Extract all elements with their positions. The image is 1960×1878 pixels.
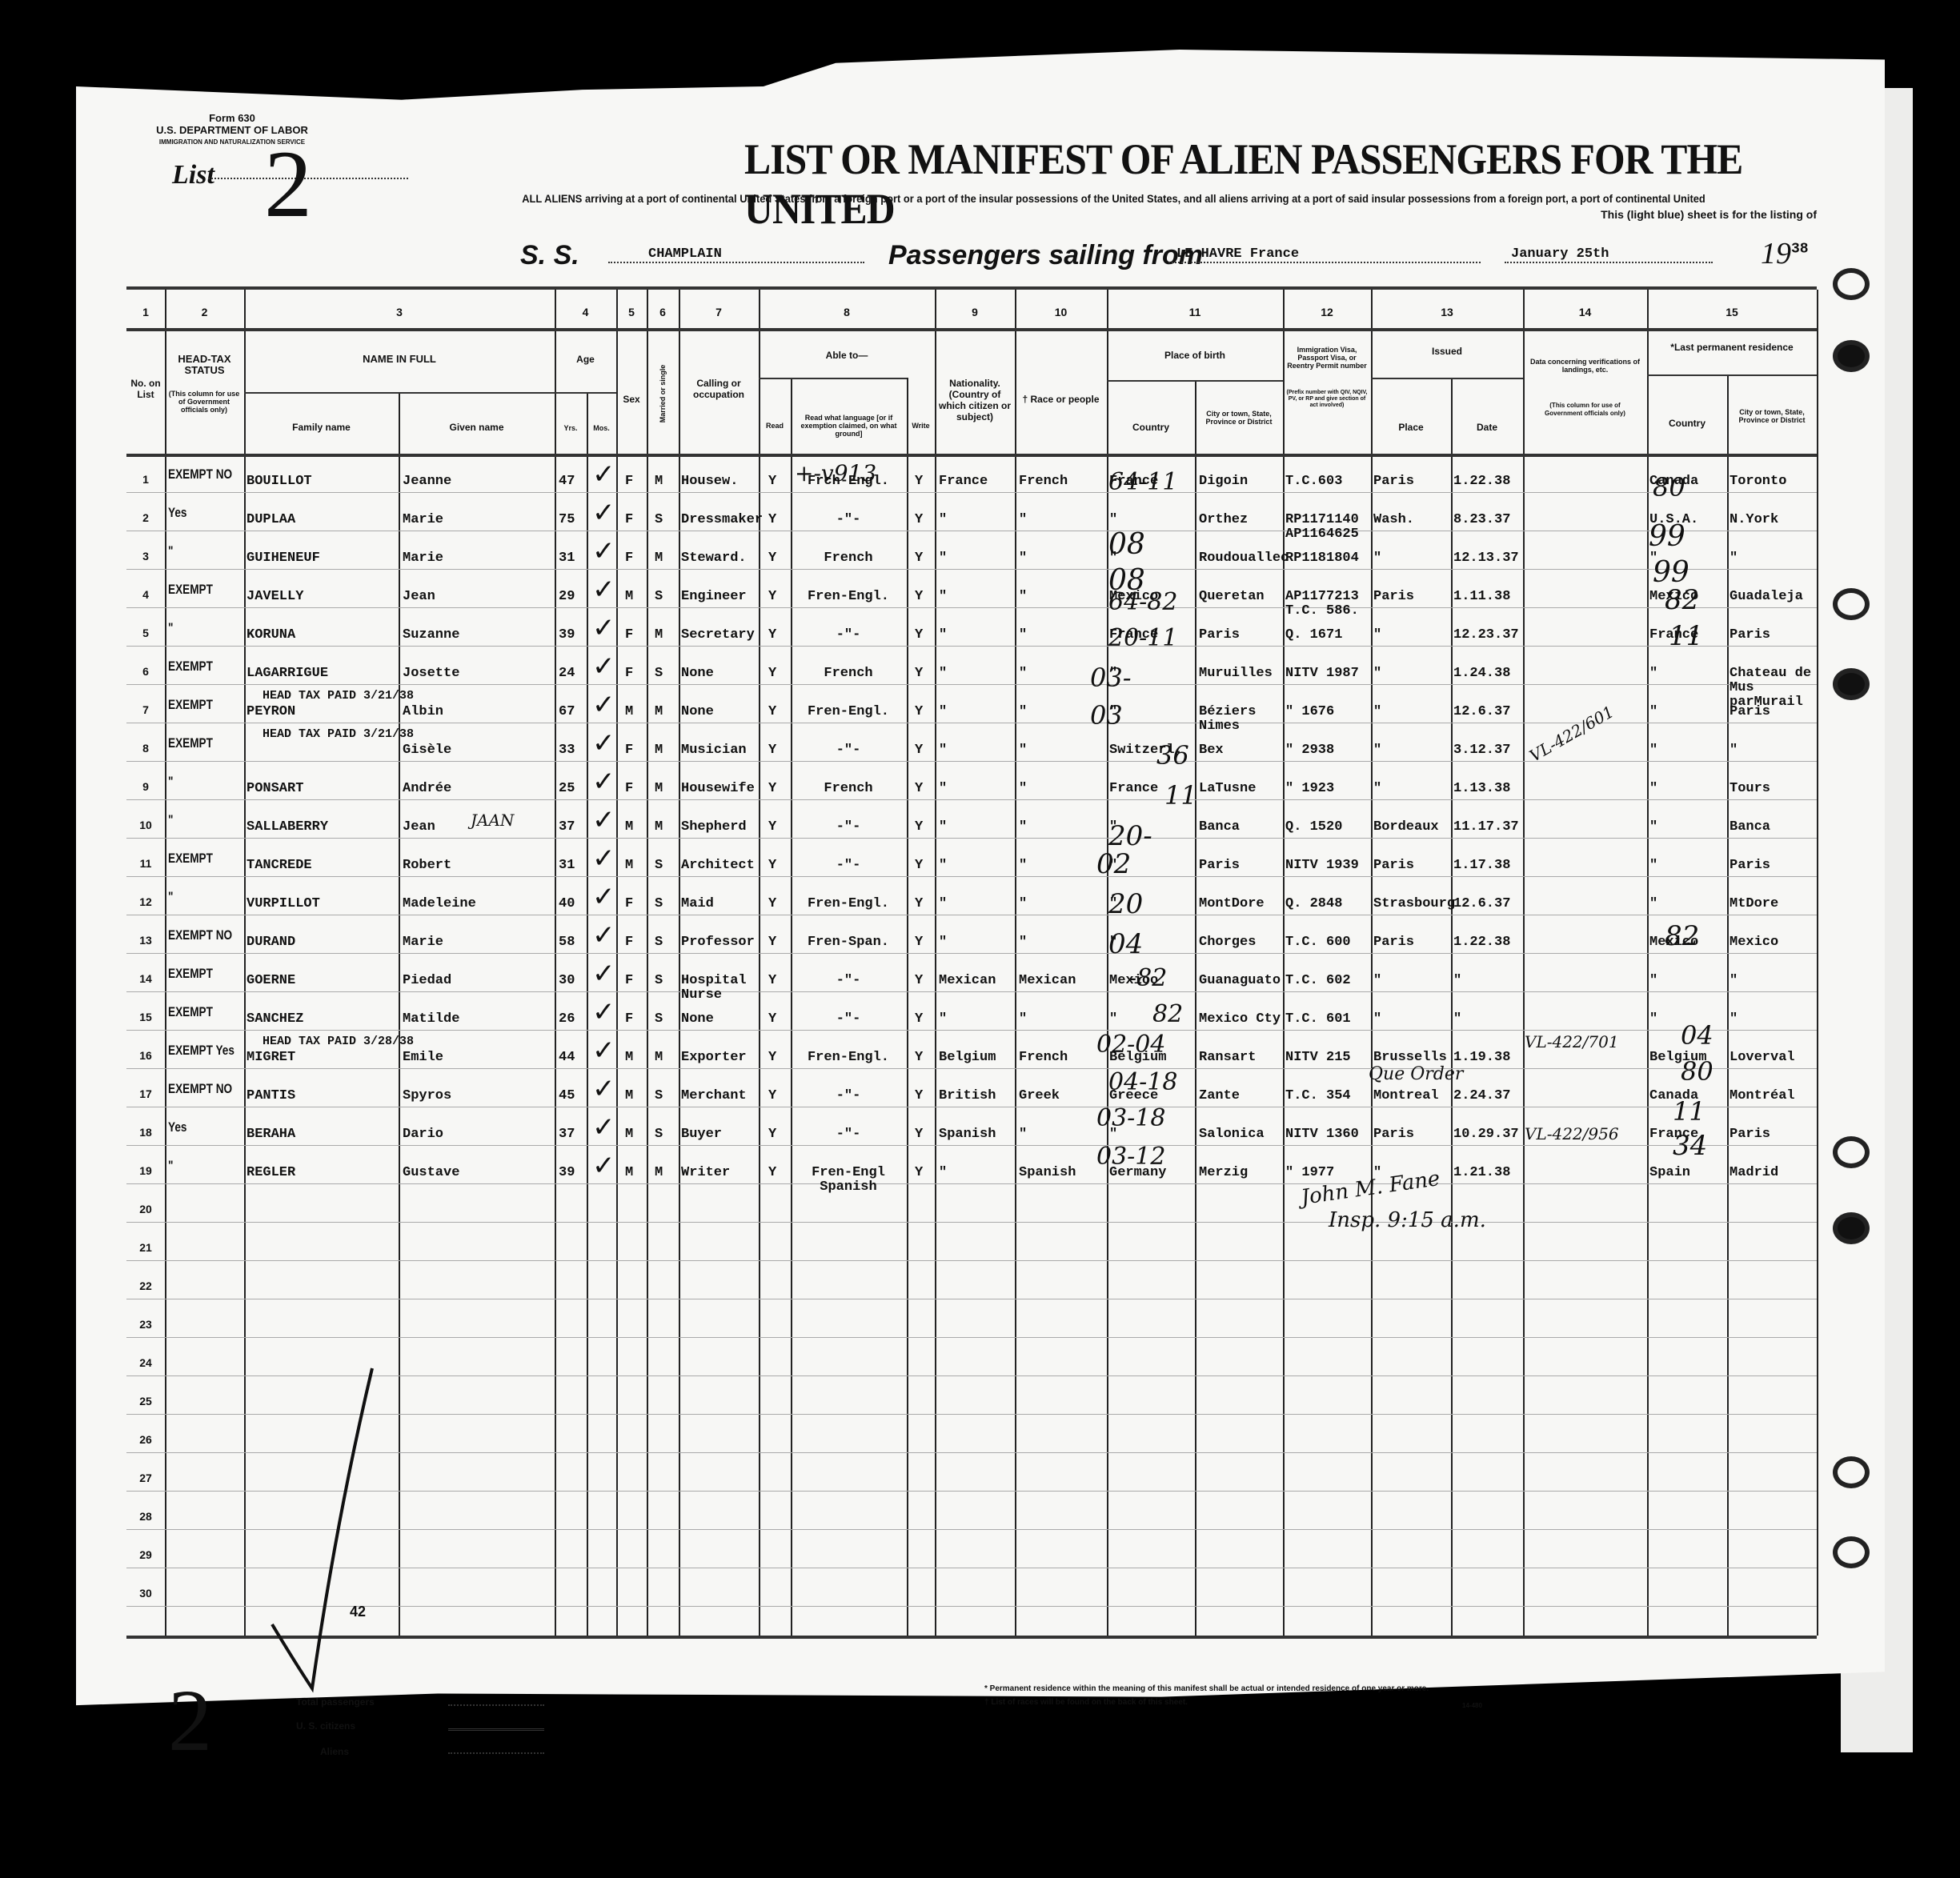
footnote-residence: * Permanent residence within the meaning… (984, 1684, 1429, 1693)
check-mark-icon: ✓ (592, 612, 615, 644)
column-number: 3 (244, 306, 555, 318)
header-calling: Calling or occupation (680, 378, 757, 400)
can-read: Y (768, 551, 776, 566)
head-tax-paid-note: HEAD TAX PAID 3/21/38 (263, 727, 414, 742)
year-suffix: 38 (1791, 241, 1809, 257)
handwritten-residence-code: 11 (1673, 1096, 1705, 1127)
race: " (1019, 935, 1027, 950)
row-rule (126, 876, 1817, 877)
row-rule (126, 684, 1817, 685)
order-note: Que Order (1369, 1064, 1463, 1084)
row-number: 29 (126, 1548, 165, 1561)
age: 44 (559, 1051, 575, 1065)
row-rule (126, 799, 1817, 800)
nationality: " (939, 705, 947, 719)
nationality: " (939, 1166, 947, 1180)
can-read: Y (768, 1089, 776, 1103)
list-number: 2 (264, 136, 312, 232)
age: 37 (559, 1127, 575, 1142)
residence-city: Paris (1730, 628, 1814, 643)
issued-place: Brussells (1373, 1051, 1447, 1065)
handwritten-residence-code: 04 (1681, 1020, 1713, 1051)
header-read: Read (759, 422, 791, 430)
family-name: DURAND (247, 935, 295, 950)
handwritten-code: 36 (1156, 740, 1189, 771)
occupation: Writer (681, 1166, 765, 1180)
given-name: Gustave (403, 1166, 459, 1180)
marital-status: S (655, 859, 663, 873)
can-write: Y (915, 897, 923, 911)
issued-date: 8.23.37 (1453, 513, 1510, 527)
residence-city: Banca (1730, 820, 1814, 835)
header-visa: Immigration Visa, Passport Visa, or Reen… (1285, 346, 1369, 370)
row-rule (126, 953, 1817, 954)
can-write: Y (915, 1012, 923, 1027)
visa-number: NITV 1987 (1285, 667, 1369, 681)
can-write: Y (915, 1166, 923, 1180)
marital-status: M (655, 628, 663, 643)
birth-city: Bex (1199, 743, 1283, 758)
age: 47 (559, 475, 575, 489)
binder-hole-icon (1833, 588, 1870, 620)
sex: F (625, 628, 633, 643)
birth-city: Guanaguato (1199, 974, 1283, 988)
check-mark-icon (264, 1360, 384, 1696)
check-mark-icon: ✓ (592, 1073, 615, 1105)
row-number: 15 (126, 1011, 165, 1023)
row-number: 19 (126, 1164, 165, 1177)
handwritten-code: 03-12 (1096, 1143, 1165, 1171)
nationality: " (939, 820, 947, 835)
header-age: Age (555, 354, 616, 365)
family-name: JAVELLY (247, 590, 303, 604)
handwritten-code: 11 (1164, 780, 1197, 811)
birth-city: Béziers Nimes (1199, 705, 1283, 734)
residence-city: Paris (1730, 705, 1814, 719)
birth-city: Mexico Cty (1199, 1012, 1283, 1027)
sex: M (625, 590, 633, 604)
residence-country: " (1649, 859, 1657, 873)
handwritten-code: 20-11 (1108, 624, 1177, 652)
language: Fren-Span. (792, 935, 904, 950)
marital-status: M (655, 820, 663, 835)
birth-country: " (1109, 513, 1117, 527)
check-mark-icon: ✓ (592, 727, 615, 759)
head-tax-status: " (168, 774, 173, 790)
head-tax-status: EXEMPT NO (168, 466, 232, 483)
total-passengers-field (448, 1704, 544, 1706)
visa-number: T.C. 354 (1285, 1089, 1369, 1103)
occupation: Secretary (681, 628, 765, 643)
port-field: LE HAVRE France (1168, 246, 1481, 263)
given-name: Dario (403, 1127, 443, 1142)
age: 31 (559, 551, 575, 566)
residence-city: Guadaleja (1730, 590, 1814, 604)
binder-hole-icon (1833, 668, 1870, 700)
row-number: 11 (126, 857, 165, 870)
language: -"- (792, 628, 904, 643)
residence-city: " (1730, 974, 1814, 988)
head-tax-paid-note: HEAD TAX PAID 3/28/38 (263, 1035, 414, 1049)
row-rule (126, 1222, 1817, 1223)
binder-hole-icon (1833, 1212, 1870, 1244)
sex: F (625, 475, 633, 489)
visa-number: Q. 1520 (1285, 820, 1369, 835)
can-write: Y (915, 590, 923, 604)
row-rule (126, 761, 1817, 762)
birth-city: Ransart (1199, 1051, 1283, 1065)
issued-place: Paris (1373, 1127, 1414, 1142)
head-tax-status: " (168, 889, 173, 905)
check-mark-icon: ✓ (592, 1150, 615, 1182)
handwritten-code: 08 (1108, 528, 1145, 561)
can-read: Y (768, 590, 776, 604)
row-number: 9 (126, 780, 165, 793)
language: Fren-Engl. (792, 590, 904, 604)
header-name-in-full: NAME IN FULL (244, 354, 555, 365)
check-mark-icon: ✓ (592, 919, 615, 951)
language: -"- (792, 974, 904, 988)
column-number: 6 (647, 306, 679, 318)
head-tax-status: " (168, 1158, 173, 1174)
marital-status: M (655, 782, 663, 796)
sailing-date: January 25th (1511, 246, 1609, 262)
visa-number: Q. 1671 (1285, 628, 1369, 643)
check-mark-icon: ✓ (592, 497, 615, 529)
handwritten-code: 04 (1108, 928, 1143, 960)
column-number: 4 (555, 306, 616, 318)
header-write: Write (907, 422, 935, 430)
issued-place: Paris (1373, 475, 1414, 489)
issued-date: 1.21.38 (1453, 1166, 1510, 1180)
head-tax-status: EXEMPT (168, 697, 213, 713)
row-rule (126, 723, 1817, 723)
can-read: Y (768, 859, 776, 873)
issued-place: Strasbourg (1373, 897, 1455, 911)
issued-date: 12.13.37 (1453, 551, 1519, 566)
occupation: Hospital Nurse (681, 974, 765, 1003)
given-name: Marie (403, 513, 443, 527)
age: 39 (559, 628, 575, 643)
nationality: Belgium (939, 1051, 996, 1065)
head-tax-status: Yes (168, 505, 186, 521)
year: 1938 (1761, 236, 1809, 271)
column-number: 2 (165, 306, 244, 318)
header-head-tax: HEAD-TAX STATUS (166, 354, 242, 376)
can-write: Y (915, 782, 923, 796)
sex: F (625, 513, 633, 527)
nationality: France (939, 475, 988, 489)
given-name: Albin (403, 705, 443, 719)
language: -"- (792, 1089, 904, 1103)
can-write: Y (915, 1127, 923, 1142)
nationality: " (939, 1012, 947, 1027)
header-yrs: Yrs. (555, 424, 587, 432)
sex: F (625, 974, 633, 988)
row-number: 16 (126, 1049, 165, 1062)
handwritten-code: 82 (1152, 1000, 1183, 1028)
header-birth-country: Country (1107, 422, 1195, 433)
can-read: Y (768, 667, 776, 681)
race: French (1019, 1051, 1068, 1065)
footer-list-number: 2 (168, 1676, 212, 1764)
birth-country: " (1109, 1012, 1117, 1027)
sex: M (625, 1127, 633, 1142)
issued-place: Paris (1373, 935, 1414, 950)
race: " (1019, 513, 1027, 527)
row-number: 18 (126, 1126, 165, 1139)
issued-place: " (1373, 705, 1381, 719)
head-tax-status: EXEMPT (168, 966, 213, 982)
verification-note: VL-422/701 (1525, 1032, 1619, 1051)
age: 37 (559, 820, 575, 835)
head-tax-status: EXEMPT (168, 1004, 213, 1020)
race: " (1019, 590, 1027, 604)
birth-country: France (1109, 782, 1158, 796)
port-name: LE HAVRE France (1176, 246, 1299, 262)
ship-name-field: CHAMPLAIN (608, 246, 864, 263)
birth-city: Merzig (1199, 1166, 1283, 1180)
residence-country: " (1649, 743, 1657, 758)
handwritten-residence-code: 80 (1681, 1056, 1713, 1087)
family-name: SALLABERRY (247, 820, 328, 835)
race: " (1019, 820, 1027, 835)
handwritten-residence-code: 80 (1653, 472, 1685, 503)
given-name: Robert (403, 859, 451, 873)
date-field: January 25th (1505, 246, 1713, 263)
head-tax-status: EXEMPT NO (168, 1081, 232, 1097)
race: " (1019, 782, 1027, 796)
handwritten-code: 64-11 (1108, 468, 1177, 496)
marital-status: S (655, 590, 663, 604)
marital-status: M (655, 1166, 663, 1180)
nationality: British (939, 1089, 996, 1103)
occupation: Professor (681, 935, 765, 950)
age: 39 (559, 1166, 575, 1180)
check-mark-icon: ✓ (592, 804, 615, 836)
issued-place: " (1373, 551, 1381, 566)
us-citizens-label: U. S. citizens (296, 1720, 355, 1732)
handwritten-residence-code: 34 (1673, 1130, 1707, 1162)
birth-city: Zante (1199, 1089, 1283, 1103)
residence-country: " (1649, 1012, 1657, 1027)
occupation: Architect (681, 859, 765, 873)
can-write: Y (915, 551, 923, 566)
can-write: Y (915, 935, 923, 950)
row-number: 1 (126, 473, 165, 486)
check-mark-icon: ✓ (592, 535, 615, 567)
header-read-what-language: Read what language [or if exemption clai… (792, 414, 905, 438)
row-rule (126, 1107, 1817, 1107)
can-write: Y (915, 475, 923, 489)
issued-place: " (1373, 782, 1381, 796)
language: -"- (792, 859, 904, 873)
row-rule (126, 1183, 1817, 1184)
age: 75 (559, 513, 575, 527)
head-tax-status: " (168, 812, 173, 828)
occupation: Shepherd (681, 820, 765, 835)
header-place-of-birth: Place of birth (1107, 350, 1283, 361)
residence-city: Mexico (1730, 935, 1814, 950)
binder-hole-icon (1833, 268, 1870, 300)
issued-place: " (1373, 974, 1381, 988)
language: -"- (792, 513, 904, 527)
check-mark-icon: ✓ (592, 996, 615, 1028)
family-name: PONSART (247, 782, 303, 796)
visa-number: T.C. 600 (1285, 935, 1369, 950)
language: French (792, 551, 904, 566)
occupation: Dressmaker (681, 513, 765, 527)
family-name: KORUNA (247, 628, 295, 643)
marital-status: M (655, 551, 663, 566)
language: Fren-Engl. (792, 897, 904, 911)
given-name: Madeleine (403, 897, 476, 911)
footnote-races: † List of races will be found on the bac… (984, 1698, 1188, 1707)
handwritten-code: 03- (1090, 663, 1132, 693)
language: -"- (792, 820, 904, 835)
handwritten-code: 20 (1108, 888, 1143, 920)
column-number: 1 (126, 306, 165, 318)
sex: F (625, 897, 633, 911)
can-read: Y (768, 1127, 776, 1142)
given-name: Spyros (403, 1089, 451, 1103)
sex: M (625, 820, 633, 835)
header-given-name: Given name (399, 422, 555, 433)
visa-number: " 2938 (1285, 743, 1369, 758)
us-citizens-field (448, 1728, 544, 1731)
sex: M (625, 859, 633, 873)
marital-status: S (655, 513, 663, 527)
age: 29 (559, 590, 575, 604)
column-number: 14 (1523, 306, 1647, 318)
family-name: DUPLAA (247, 513, 295, 527)
occupation: None (681, 705, 765, 719)
race: " (1019, 1127, 1027, 1142)
marital-status: S (655, 1012, 663, 1027)
nationality: " (939, 782, 947, 796)
header-family-name: Family name (244, 422, 399, 433)
language: Fren-Engl. (792, 1051, 904, 1065)
row-number: 20 (126, 1203, 165, 1215)
header-birth-city: City or town, State, Province or Distric… (1196, 410, 1281, 426)
aliens-field (448, 1752, 544, 1754)
total-passengers-label: Total passengers (296, 1696, 375, 1708)
sex: F (625, 1012, 633, 1027)
given-name-correction: JAAN (471, 811, 514, 830)
residence-city: Paris (1730, 859, 1814, 873)
visa-number: " 1676 (1285, 705, 1369, 719)
occupation: Buyer (681, 1127, 765, 1142)
nationality: " (939, 667, 947, 681)
family-name: VURPILLOT (247, 897, 320, 911)
residence-country: " (1649, 705, 1657, 719)
visa-number: NITV 1360 (1285, 1127, 1369, 1142)
row-rule (126, 1030, 1817, 1031)
occupation: Housew. (681, 475, 765, 489)
row-number: 24 (126, 1356, 165, 1369)
can-read: Y (768, 705, 776, 719)
language: Fren-Engl. (792, 705, 904, 719)
issued-date: " (1453, 1012, 1461, 1027)
row-number: 7 (126, 703, 165, 716)
can-write: Y (915, 628, 923, 643)
race: " (1019, 551, 1027, 566)
row-number: 5 (126, 627, 165, 639)
row-number: 2 (126, 511, 165, 524)
can-read: Y (768, 820, 776, 835)
sex: F (625, 935, 633, 950)
race: Spanish (1019, 1166, 1076, 1180)
age: 26 (559, 1012, 575, 1027)
header-issued-place: Place (1371, 422, 1451, 433)
handwritten-residence-code: 82 (1665, 920, 1699, 952)
can-read: Y (768, 1051, 776, 1065)
issued-place: " (1373, 628, 1381, 643)
family-name: BERAHA (247, 1127, 295, 1142)
sex: F (625, 667, 633, 681)
given-name: Josette (403, 667, 459, 681)
issued-place: Paris (1373, 859, 1414, 873)
residence-city: Loverval (1730, 1051, 1814, 1065)
residence-city: " (1730, 743, 1814, 758)
row-rule (126, 1068, 1817, 1069)
occupation: Musician (681, 743, 765, 758)
ss-label: S. S. (520, 240, 579, 271)
head-tax-status: EXEMPT NO (168, 927, 232, 943)
sex: M (625, 1166, 633, 1180)
can-read: Y (768, 475, 776, 489)
race: Greek (1019, 1089, 1060, 1103)
row-rule (126, 991, 1817, 992)
issued-date: 12.6.37 (1453, 897, 1510, 911)
occupation: Merchant (681, 1089, 765, 1103)
birth-city: Roudouallec (1199, 551, 1283, 566)
can-write: Y (915, 513, 923, 527)
column-number: 12 (1283, 306, 1371, 318)
visa-number: NITV 215 (1285, 1051, 1369, 1065)
birth-city: Orthez (1199, 513, 1283, 527)
can-write: Y (915, 820, 923, 835)
occupation: Maid (681, 897, 765, 911)
head-tax-status: " (168, 620, 173, 636)
residence-city: Chateau de Mus parMurail (1730, 667, 1814, 710)
age: 45 (559, 1089, 575, 1103)
residence-country: " (1649, 974, 1657, 988)
can-write: Y (915, 705, 923, 719)
header-residence-country: Country (1647, 418, 1727, 429)
residence-city: N.York (1730, 513, 1814, 527)
header-nationality: Nationality. (Country of which citizen o… (936, 378, 1013, 422)
head-tax-paid-note: HEAD TAX PAID 3/21/38 (263, 689, 414, 703)
family-name: BOUILLOT (247, 475, 312, 489)
family-name: GOERNE (247, 974, 295, 988)
handwritten-code: 04-18 (1108, 1068, 1177, 1096)
issued-place: Montreal (1373, 1089, 1439, 1103)
language: -"- (792, 743, 904, 758)
row-rule (126, 531, 1817, 531)
sailing-label: Passengers sailing from (888, 240, 1203, 271)
visa-number: RP1181804 (1285, 551, 1369, 566)
form-code: 14-480 (1462, 1702, 1482, 1709)
residence-city: Paris (1730, 1127, 1814, 1142)
age: 31 (559, 859, 575, 873)
residence-city: MtDore (1730, 897, 1814, 911)
can-read: Y (768, 1012, 776, 1027)
nationality: " (939, 628, 947, 643)
occupation: Engineer (681, 590, 765, 604)
header-race: † Race or people (1016, 394, 1105, 405)
column-number: 13 (1371, 306, 1523, 318)
